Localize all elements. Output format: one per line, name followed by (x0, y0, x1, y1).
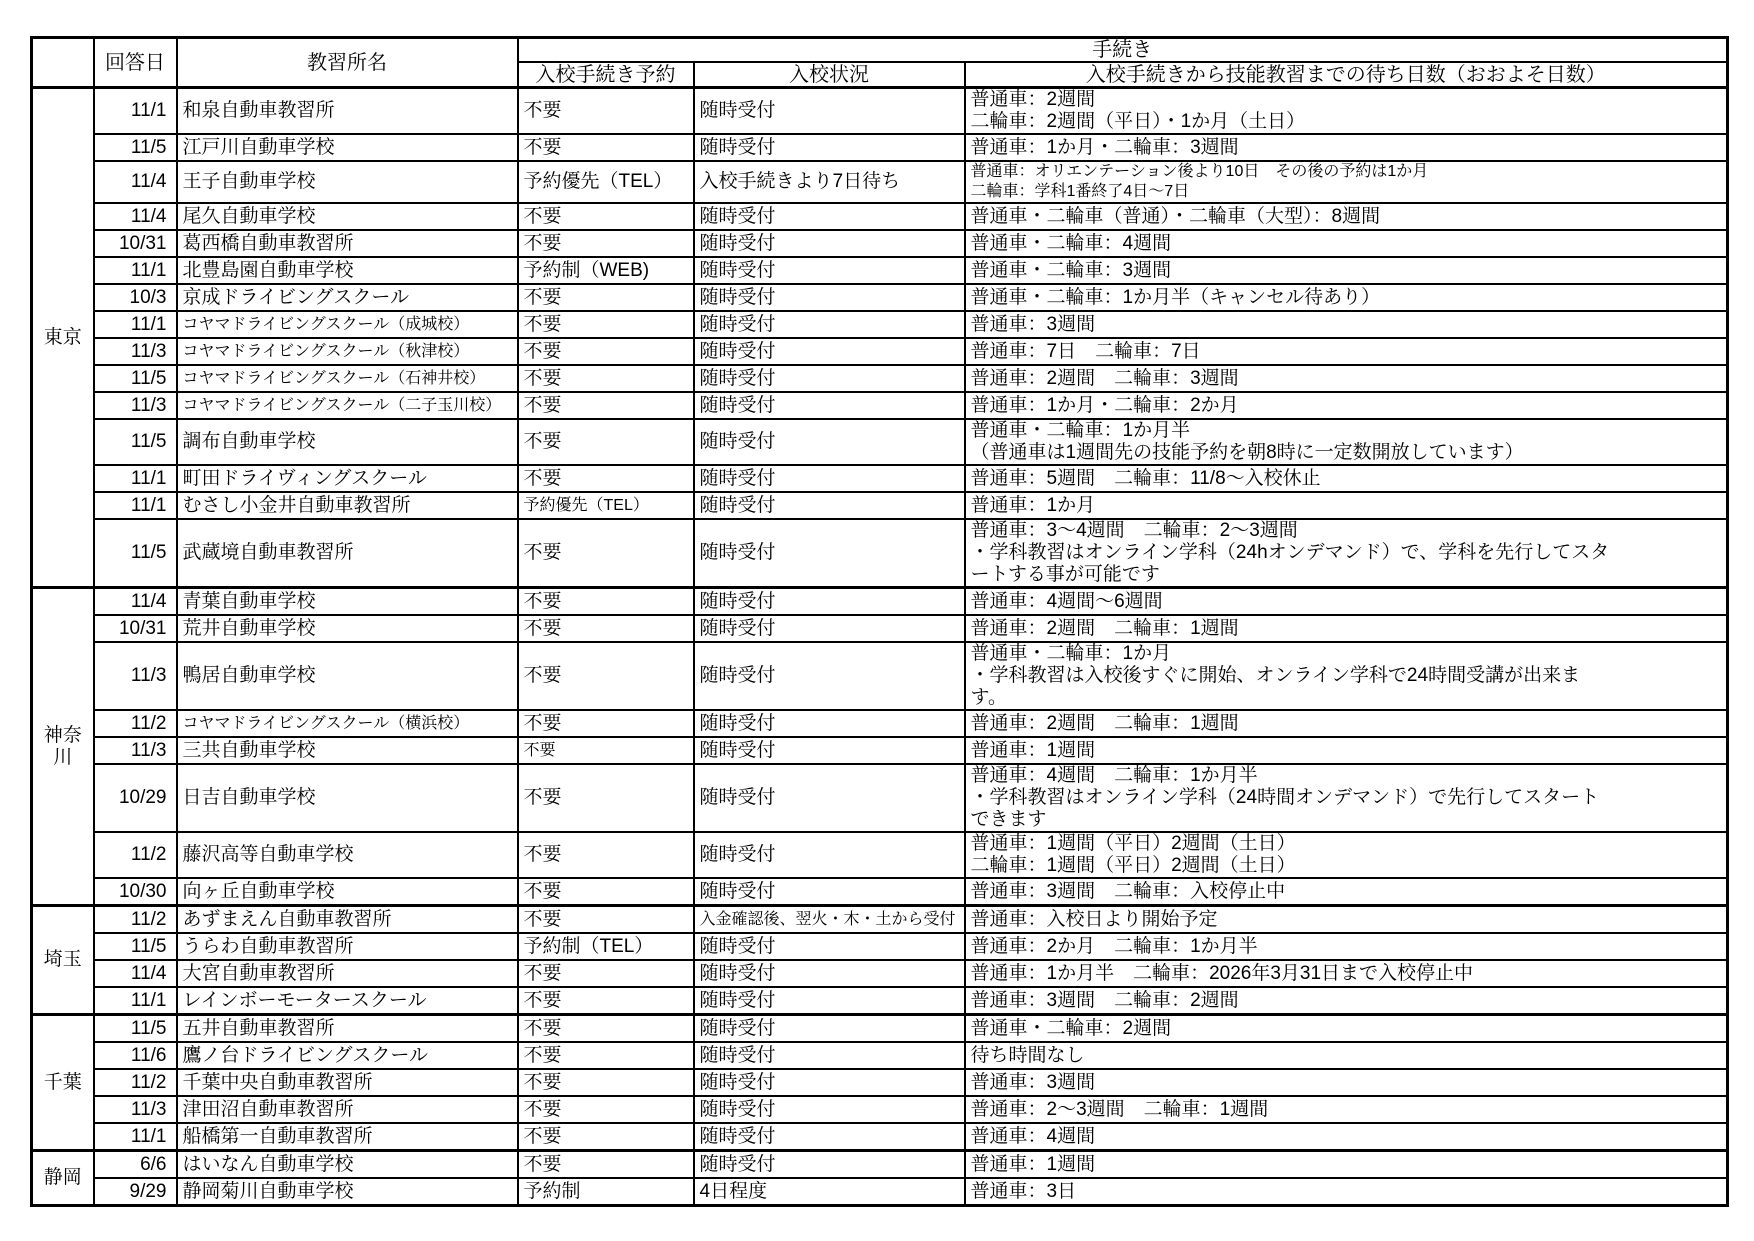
table-row: 11/2藤沢高等自動車学校不要随時受付普通車：1週間（平日）2週間（土日）二輪車… (32, 832, 1728, 878)
school-name-cell: 江戸川自動車学校 (177, 134, 518, 161)
reservation-cell: 不要 (518, 392, 694, 419)
table-row: 11/5江戸川自動車学校不要随時受付普通車：1か月・二輪車：3週間 (32, 134, 1728, 161)
school-name-cell: 五井自動車教習所 (177, 1015, 518, 1043)
header-status: 入校状況 (694, 62, 965, 88)
reservation-cell: 不要 (518, 588, 694, 616)
waiting-line: 普通車・二輪車：1か月半 (971, 420, 1611, 442)
school-name-cell: 鴨居自動車学校 (177, 642, 518, 710)
waiting-line: 普通車：3週間 二輪車：2週間 (971, 990, 1611, 1012)
waiting-days-cell: 普通車：1週間 (965, 1151, 1728, 1179)
waiting-line: 普通車：2週間 二輪車：3週間 (971, 368, 1611, 390)
reservation-cell: 不要 (518, 906, 694, 934)
table-row: 11/3鴨居自動車学校不要随時受付普通車・二輪車：1か月・学科教習は入校後すぐに… (32, 642, 1728, 710)
response-date-cell: 11/1 (94, 1123, 177, 1151)
response-date-cell: 11/1 (94, 257, 177, 284)
response-date-cell: 11/6 (94, 1042, 177, 1069)
response-date-cell: 6/6 (94, 1151, 177, 1179)
status-cell: 随時受付 (694, 1123, 965, 1151)
table-row: 11/1むさし小金井自動車教習所予約優先（TEL）随時受付普通車：1か月 (32, 492, 1728, 519)
header-waiting-days: 入校手続きから技能教習までの待ち日数（おおよそ日数） (965, 62, 1728, 88)
status-cell: 随時受付 (694, 1151, 965, 1179)
response-date-cell: 11/5 (94, 419, 177, 465)
table-row: 11/2千葉中央自動車教習所不要随時受付普通車：3週間 (32, 1069, 1728, 1096)
response-date-cell: 11/1 (94, 88, 177, 135)
waiting-line: 普通車・二輪車：4週間 (971, 233, 1611, 255)
response-date-cell: 11/4 (94, 960, 177, 987)
waiting-line: 普通車・二輪車（普通）・二輪車（大型）：8週間 (971, 206, 1611, 228)
response-date-cell: 11/3 (94, 1096, 177, 1123)
header-school-name: 教習所名 (177, 38, 518, 88)
school-name-cell: 向ヶ丘自動車学校 (177, 878, 518, 906)
school-name-cell: 尾久自動車学校 (177, 203, 518, 230)
status-cell: 入金確認後、翌火・木・土から受付 (694, 906, 965, 934)
response-date-cell: 11/4 (94, 161, 177, 203)
waiting-days-cell: 普通車・二輪車：4週間 (965, 230, 1728, 257)
waiting-line: 普通車：1週間（平日）2週間（土日） (971, 833, 1611, 855)
status-cell: 随時受付 (694, 737, 965, 764)
school-name-cell: コヤマドライビングスクール（成城校） (177, 311, 518, 338)
waiting-days-cell: 普通車：1か月半 二輪車：2026年3月31日まで入校停止中 (965, 960, 1728, 987)
reservation-cell: 予約制 (518, 1178, 694, 1206)
table-row: 10/31葛西橋自動車教習所不要随時受付普通車・二輪車：4週間 (32, 230, 1728, 257)
waiting-days-cell: 普通車：4週間 二輪車：1か月半・学科教習はオンライン学科（24時間オンデマンド… (965, 764, 1728, 832)
table-row: 11/3コヤマドライビングスクール（二子玉川校）不要随時受付普通車：1か月・二輪… (32, 392, 1728, 419)
status-cell: 随時受付 (694, 134, 965, 161)
waiting-line: 普通車：3日 (971, 1181, 1611, 1203)
status-cell: 随時受付 (694, 519, 965, 588)
waiting-line: 普通車：4週間～6週間 (971, 591, 1611, 613)
status-cell: 随時受付 (694, 1042, 965, 1069)
school-name-cell: 和泉自動車教習所 (177, 88, 518, 135)
waiting-days-cell: 普通車：1か月・二輪車：3週間 (965, 134, 1728, 161)
school-name-cell: 日吉自動車学校 (177, 764, 518, 832)
status-cell: 随時受付 (694, 419, 965, 465)
school-name-cell: レインボーモータースクール (177, 987, 518, 1015)
school-name-cell: 三共自動車学校 (177, 737, 518, 764)
waiting-days-cell: 普通車・二輪車：1か月・学科教習は入校後すぐに開始、オンライン学科で24時間受講… (965, 642, 1728, 710)
status-cell: 随時受付 (694, 338, 965, 365)
waiting-days-cell: 普通車：オリエンテーション後より10日 その後の予約は1か月二輪車：学科1番終了… (965, 161, 1728, 203)
status-cell: 随時受付 (694, 1096, 965, 1123)
waiting-line: 普通車：4週間 (971, 1126, 1611, 1148)
school-name-cell: 北豊島園自動車学校 (177, 257, 518, 284)
header-reservation: 入校手続き予約 (518, 62, 694, 88)
table-row: 11/4尾久自動車学校不要随時受付普通車・二輪車（普通）・二輪車（大型）：8週間 (32, 203, 1728, 230)
waiting-line: 普通車：2週間 二輪車：1週間 (971, 713, 1611, 735)
status-cell: 随時受付 (694, 588, 965, 616)
reservation-cell: 不要 (518, 519, 694, 588)
waiting-line: 普通車：1週間 (971, 1154, 1611, 1176)
status-cell: 随時受付 (694, 311, 965, 338)
status-cell: 随時受付 (694, 88, 965, 135)
reservation-cell: 不要 (518, 284, 694, 311)
waiting-line: 二輪車：2週間（平日）・1か月（土日） (971, 111, 1611, 133)
waiting-days-cell: 普通車：4週間 (965, 1123, 1728, 1151)
waiting-line: 待ち時間なし (971, 1045, 1611, 1067)
table-row: 10/29日吉自動車学校不要随時受付普通車：4週間 二輪車：1か月半・学科教習は… (32, 764, 1728, 832)
school-name-cell: 武蔵境自動車教習所 (177, 519, 518, 588)
response-date-cell: 9/29 (94, 1178, 177, 1206)
response-date-cell: 11/2 (94, 710, 177, 737)
waiting-line: 普通車：1か月 (971, 495, 1611, 517)
school-name-cell: 京成ドライビングスクール (177, 284, 518, 311)
school-name-cell: コヤマドライビングスクール（横浜校） (177, 710, 518, 737)
waiting-days-cell: 普通車：2か月 二輪車：1か月半 (965, 933, 1728, 960)
status-cell: 随時受付 (694, 257, 965, 284)
school-name-cell: 大宮自動車教習所 (177, 960, 518, 987)
reservation-cell: 不要 (518, 1096, 694, 1123)
status-cell: 随時受付 (694, 642, 965, 710)
status-cell: 随時受付 (694, 203, 965, 230)
waiting-line: 普通車：1週間 (971, 740, 1611, 762)
table-row: 神奈川11/4青葉自動車学校不要随時受付普通車：4週間～6週間 (32, 588, 1728, 616)
reservation-cell: 不要 (518, 465, 694, 492)
school-name-cell: 荒井自動車学校 (177, 615, 518, 642)
school-name-cell: 船橋第一自動車教習所 (177, 1123, 518, 1151)
waiting-days-cell: 普通車：3週間 二輪車：入校停止中 (965, 878, 1728, 906)
waiting-line: 二輪車：学科1番終了4日～7日 (971, 182, 1611, 202)
status-cell: 随時受付 (694, 615, 965, 642)
waiting-days-cell: 普通車・二輪車：2週間 (965, 1015, 1728, 1043)
waiting-days-cell: 普通車：2週間 二輪車：3週間 (965, 365, 1728, 392)
response-date-cell: 11/3 (94, 392, 177, 419)
status-cell: 随時受付 (694, 1069, 965, 1096)
waiting-line: ・学科教習は入校後すぐに開始、オンライン学科で24時間受講が出来ます。 (971, 665, 1611, 709)
table-row: 11/5コヤマドライビングスクール（石神井校）不要随時受付普通車：2週間 二輪車… (32, 365, 1728, 392)
status-cell: 随時受付 (694, 764, 965, 832)
response-date-cell: 11/2 (94, 1069, 177, 1096)
response-date-cell: 11/3 (94, 338, 177, 365)
waiting-days-cell: 普通車：3週間 (965, 311, 1728, 338)
waiting-line: 普通車：4週間 二輪車：1か月半 (971, 765, 1611, 787)
table-row: 千葉11/5五井自動車教習所不要随時受付普通車・二輪車：2週間 (32, 1015, 1728, 1043)
reservation-cell: 不要 (518, 1151, 694, 1179)
waiting-line: 普通車：3週間 二輪車：入校停止中 (971, 881, 1611, 903)
table-row: 10/30向ヶ丘自動車学校不要随時受付普通車：3週間 二輪車：入校停止中 (32, 878, 1728, 906)
school-name-cell: あずまえん自動車教習所 (177, 906, 518, 934)
reservation-cell: 不要 (518, 960, 694, 987)
waiting-days-cell: 普通車：3日 (965, 1178, 1728, 1206)
waiting-line: 普通車：1か月・二輪車：2か月 (971, 395, 1611, 417)
waiting-line: ・学科教習はオンライン学科（24時間オンデマンド）で先行してスタートできます (971, 787, 1611, 831)
status-cell: 4日程度 (694, 1178, 965, 1206)
reservation-cell: 不要 (518, 737, 694, 764)
status-cell: 入校手続きより7日待ち (694, 161, 965, 203)
table-body: 東京11/1和泉自動車教習所不要随時受付普通車：2週間二輪車：2週間（平日）・1… (32, 88, 1728, 1206)
waiting-days-cell: 普通車：2週間 二輪車：1週間 (965, 710, 1728, 737)
waiting-line: 普通車：2か月 二輪車：1か月半 (971, 936, 1611, 958)
response-date-cell: 11/5 (94, 365, 177, 392)
table-row: 11/3津田沼自動車教習所不要随時受付普通車：2～3週間 二輪車：1週間 (32, 1096, 1728, 1123)
waiting-line: 普通車・二輪車：1か月 (971, 643, 1611, 665)
response-date-cell: 11/3 (94, 737, 177, 764)
school-name-cell: コヤマドライビングスクール（二子玉川校） (177, 392, 518, 419)
prefecture-cell: 神奈川 (32, 588, 94, 906)
response-date-cell: 10/31 (94, 615, 177, 642)
response-date-cell: 10/31 (94, 230, 177, 257)
response-date-cell: 10/29 (94, 764, 177, 832)
waiting-days-cell: 普通車：4週間～6週間 (965, 588, 1728, 616)
page: { "table": { "header": { "corner": "", "… (0, 0, 1754, 1241)
reservation-cell: 不要 (518, 88, 694, 135)
waiting-line: ・学科教習はオンライン学科（24hオンデマンド）で、学科を先行してスタートする事… (971, 542, 1611, 586)
school-name-cell: むさし小金井自動車教習所 (177, 492, 518, 519)
reservation-cell: 不要 (518, 1015, 694, 1043)
response-date-cell: 11/4 (94, 203, 177, 230)
response-date-cell: 11/1 (94, 311, 177, 338)
school-name-cell: 葛西橋自動車教習所 (177, 230, 518, 257)
response-date-cell: 10/3 (94, 284, 177, 311)
waiting-line: 普通車：オリエンテーション後より10日 その後の予約は1か月 (971, 162, 1611, 182)
status-cell: 随時受付 (694, 365, 965, 392)
table-row: 11/4大宮自動車教習所不要随時受付普通車：1か月半 二輪車：2026年3月31… (32, 960, 1728, 987)
waiting-line: 普通車：2週間 二輪車：1週間 (971, 618, 1611, 640)
waiting-days-cell: 待ち時間なし (965, 1042, 1728, 1069)
waiting-days-cell: 普通車：2週間二輪車：2週間（平日）・1か月（土日） (965, 88, 1728, 135)
header-row-top: 回答日 教習所名 手続き (32, 38, 1728, 63)
school-name-cell: コヤマドライビングスクール（秋津校） (177, 338, 518, 365)
driving-school-table: 回答日 教習所名 手続き 入校手続き予約 入校状況 入校手続きから技能教習までの… (30, 36, 1729, 1207)
header-procedures: 手続き (518, 38, 1728, 63)
status-cell: 随時受付 (694, 710, 965, 737)
waiting-line: 二輪車：1週間（平日）2週間（土日） (971, 855, 1611, 877)
reservation-cell: 不要 (518, 764, 694, 832)
waiting-days-cell: 普通車・二輪車：3週間 (965, 257, 1728, 284)
table-row: 11/3コヤマドライビングスクール（秋津校）不要随時受付普通車：7日 二輪車：7… (32, 338, 1728, 365)
waiting-days-cell: 普通車・二輪車（普通）・二輪車（大型）：8週間 (965, 203, 1728, 230)
table-row: 11/2コヤマドライビングスクール（横浜校）不要随時受付普通車：2週間 二輪車：… (32, 710, 1728, 737)
school-name-cell: はいなん自動車学校 (177, 1151, 518, 1179)
table-row: 11/3三共自動車学校不要随時受付普通車：1週間 (32, 737, 1728, 764)
waiting-line: 普通車・二輪車：2週間 (971, 1018, 1611, 1040)
table-row: 10/3京成ドライビングスクール不要随時受付普通車・二輪車：1か月半（キャンセル… (32, 284, 1728, 311)
prefecture-cell: 千葉 (32, 1015, 94, 1151)
table-row: 11/1北豊島園自動車学校予約制（WEB)随時受付普通車・二輪車：3週間 (32, 257, 1728, 284)
reservation-cell: 不要 (518, 311, 694, 338)
status-cell: 随時受付 (694, 492, 965, 519)
waiting-days-cell: 普通車・二輪車：1か月半（キャンセル待あり） (965, 284, 1728, 311)
waiting-days-cell: 普通車：1か月・二輪車：2か月 (965, 392, 1728, 419)
school-name-cell: 鷹ノ台ドライビングスクール (177, 1042, 518, 1069)
reservation-cell: 不要 (518, 230, 694, 257)
reservation-cell: 不要 (518, 365, 694, 392)
status-cell: 随時受付 (694, 392, 965, 419)
waiting-days-cell: 普通車：3週間 二輪車：2週間 (965, 987, 1728, 1015)
table-row: 11/6鷹ノ台ドライビングスクール不要随時受付待ち時間なし (32, 1042, 1728, 1069)
waiting-line: 普通車・二輪車：1か月半（キャンセル待あり） (971, 287, 1611, 309)
waiting-line: 普通車：7日 二輪車：7日 (971, 341, 1611, 363)
reservation-cell: 不要 (518, 987, 694, 1015)
response-date-cell: 11/1 (94, 465, 177, 492)
status-cell: 随時受付 (694, 230, 965, 257)
school-name-cell: 青葉自動車学校 (177, 588, 518, 616)
status-cell: 随時受付 (694, 933, 965, 960)
table-row: 11/1船橋第一自動車教習所不要随時受付普通車：4週間 (32, 1123, 1728, 1151)
school-name-cell: 静岡菊川自動車学校 (177, 1178, 518, 1206)
status-cell: 随時受付 (694, 832, 965, 878)
reservation-cell: 不要 (518, 832, 694, 878)
table-row: 11/5うらわ自動車教習所予約制（TEL）随時受付普通車：2か月 二輪車：1か月… (32, 933, 1728, 960)
waiting-line: 普通車：入校日より開始予定 (971, 909, 1611, 931)
school-name-cell: 調布自動車学校 (177, 419, 518, 465)
driving-school-table-sheet: 回答日 教習所名 手続き 入校手続き予約 入校状況 入校手続きから技能教習までの… (30, 36, 1729, 1207)
waiting-line: （普通車は1週間先の技能予約を朝8時に一定数開放しています） (971, 442, 1611, 464)
reservation-cell: 不要 (518, 338, 694, 365)
waiting-days-cell: 普通車：7日 二輪車：7日 (965, 338, 1728, 365)
status-cell: 随時受付 (694, 987, 965, 1015)
waiting-line: 普通車・二輪車：3週間 (971, 260, 1611, 282)
table-row: 11/1レインボーモータースクール不要随時受付普通車：3週間 二輪車：2週間 (32, 987, 1728, 1015)
table-row: 11/4王子自動車学校予約優先（TEL）入校手続きより7日待ち普通車：オリエンテ… (32, 161, 1728, 203)
waiting-line: 普通車：2～3週間 二輪車：1週間 (971, 1099, 1611, 1121)
school-name-cell: コヤマドライビングスクール（石神井校） (177, 365, 518, 392)
response-date-cell: 11/1 (94, 987, 177, 1015)
response-date-cell: 11/5 (94, 519, 177, 588)
table-row: 11/5調布自動車学校不要随時受付普通車・二輪車：1か月半（普通車は1週間先の技… (32, 419, 1728, 465)
waiting-days-cell: 普通車：1週間 (965, 737, 1728, 764)
table-row: 11/1コヤマドライビングスクール（成城校）不要随時受付普通車：3週間 (32, 311, 1728, 338)
waiting-days-cell: 普通車：1か月 (965, 492, 1728, 519)
response-date-cell: 11/4 (94, 588, 177, 616)
status-cell: 随時受付 (694, 465, 965, 492)
status-cell: 随時受付 (694, 1015, 965, 1043)
school-name-cell: 藤沢高等自動車学校 (177, 832, 518, 878)
status-cell: 随時受付 (694, 878, 965, 906)
waiting-line: 普通車：2週間 (971, 89, 1611, 111)
table-row: 静岡6/6はいなん自動車学校不要随時受付普通車：1週間 (32, 1151, 1728, 1179)
reservation-cell: 予約優先（TEL） (518, 161, 694, 203)
waiting-line: 普通車：1か月・二輪車：3週間 (971, 137, 1611, 159)
reservation-cell: 不要 (518, 1042, 694, 1069)
response-date-cell: 11/5 (94, 933, 177, 960)
response-date-cell: 11/2 (94, 832, 177, 878)
waiting-line: 普通車：5週間 二輪車：11/8～入校休止 (971, 468, 1611, 490)
waiting-line: 普通車：1か月半 二輪車：2026年3月31日まで入校停止中 (971, 963, 1611, 985)
waiting-line: 普通車：3週間 (971, 314, 1611, 336)
table-row: 10/31荒井自動車学校不要随時受付普通車：2週間 二輪車：1週間 (32, 615, 1728, 642)
waiting-days-cell: 普通車：3～4週間 二輪車：2～3週間・学科教習はオンライン学科（24hオンデマ… (965, 519, 1728, 588)
school-name-cell: 千葉中央自動車教習所 (177, 1069, 518, 1096)
school-name-cell: 津田沼自動車教習所 (177, 1096, 518, 1123)
response-date-cell: 11/2 (94, 906, 177, 934)
reservation-cell: 不要 (518, 419, 694, 465)
prefecture-cell: 埼玉 (32, 906, 94, 1015)
waiting-days-cell: 普通車：2～3週間 二輪車：1週間 (965, 1096, 1728, 1123)
response-date-cell: 11/5 (94, 1015, 177, 1043)
prefecture-cell: 静岡 (32, 1151, 94, 1206)
table-row: 9/29静岡菊川自動車学校予約制4日程度普通車：3日 (32, 1178, 1728, 1206)
response-date-cell: 11/3 (94, 642, 177, 710)
reservation-cell: 不要 (518, 710, 694, 737)
school-name-cell: 町田ドライヴィングスクール (177, 465, 518, 492)
prefecture-cell: 東京 (32, 88, 94, 588)
waiting-line: 普通車：3週間 (971, 1072, 1611, 1094)
reservation-cell: 不要 (518, 878, 694, 906)
waiting-days-cell: 普通車：2週間 二輪車：1週間 (965, 615, 1728, 642)
reservation-cell: 予約制（TEL） (518, 933, 694, 960)
reservation-cell: 不要 (518, 1123, 694, 1151)
waiting-line: 普通車：3～4週間 二輪車：2～3週間 (971, 520, 1611, 542)
table-row: 11/1町田ドライヴィングスクール不要随時受付普通車：5週間 二輪車：11/8～… (32, 465, 1728, 492)
status-cell: 随時受付 (694, 284, 965, 311)
waiting-days-cell: 普通車：3週間 (965, 1069, 1728, 1096)
header-response-date: 回答日 (94, 38, 177, 88)
reservation-cell: 予約優先（TEL） (518, 492, 694, 519)
status-cell: 随時受付 (694, 960, 965, 987)
header-corner-cell (32, 38, 94, 88)
waiting-days-cell: 普通車：1週間（平日）2週間（土日）二輪車：1週間（平日）2週間（土日） (965, 832, 1728, 878)
reservation-cell: 不要 (518, 134, 694, 161)
waiting-days-cell: 普通車：入校日より開始予定 (965, 906, 1728, 934)
reservation-cell: 不要 (518, 1069, 694, 1096)
school-name-cell: うらわ自動車教習所 (177, 933, 518, 960)
response-date-cell: 11/1 (94, 492, 177, 519)
waiting-days-cell: 普通車：5週間 二輪車：11/8～入校休止 (965, 465, 1728, 492)
table-row: 埼玉11/2あずまえん自動車教習所不要入金確認後、翌火・木・土から受付普通車：入… (32, 906, 1728, 934)
reservation-cell: 不要 (518, 642, 694, 710)
table-row: 11/5武蔵境自動車教習所不要随時受付普通車：3～4週間 二輪車：2～3週間・学… (32, 519, 1728, 588)
response-date-cell: 11/5 (94, 134, 177, 161)
reservation-cell: 不要 (518, 615, 694, 642)
reservation-cell: 不要 (518, 203, 694, 230)
response-date-cell: 10/30 (94, 878, 177, 906)
table-row: 東京11/1和泉自動車教習所不要随時受付普通車：2週間二輪車：2週間（平日）・1… (32, 88, 1728, 135)
school-name-cell: 王子自動車学校 (177, 161, 518, 203)
reservation-cell: 予約制（WEB) (518, 257, 694, 284)
waiting-days-cell: 普通車・二輪車：1か月半（普通車は1週間先の技能予約を朝8時に一定数開放していま… (965, 419, 1728, 465)
